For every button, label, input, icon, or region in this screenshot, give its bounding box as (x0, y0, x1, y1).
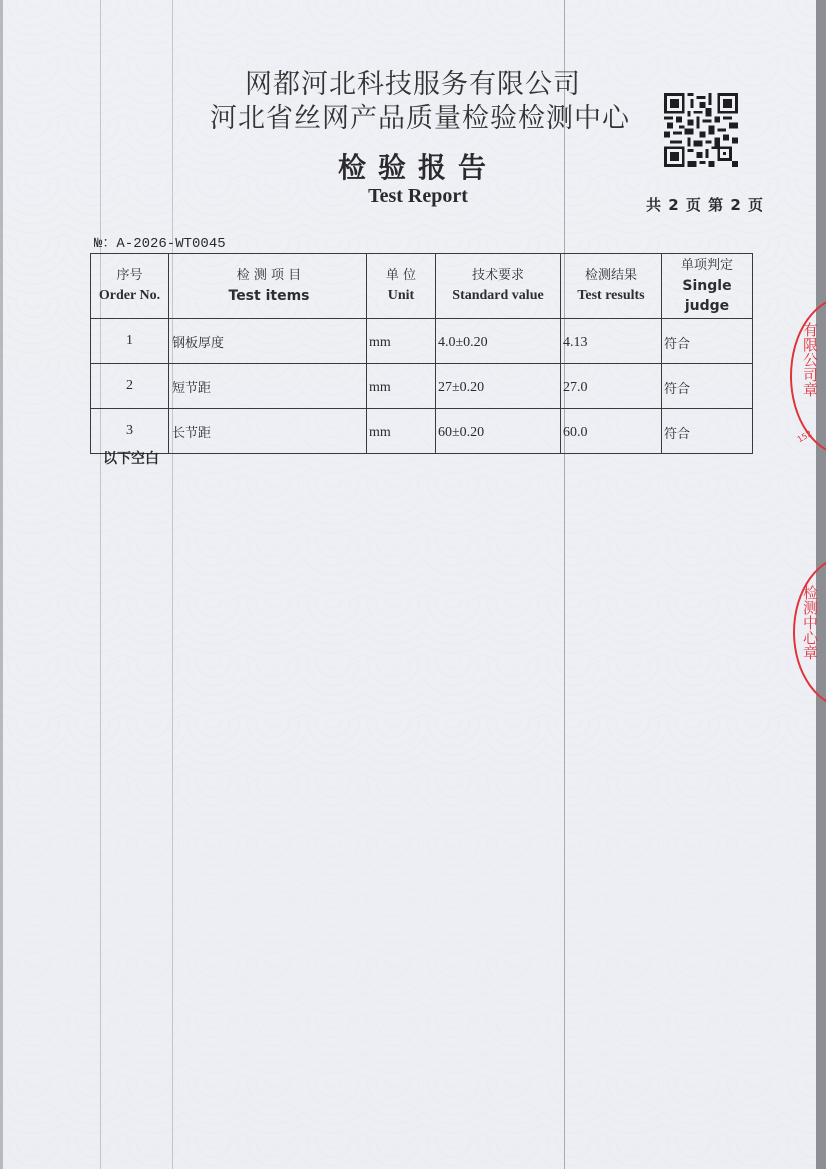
table-header-row: 序号Order No. 检 测 项 目Test items 单 位Unit 技术… (91, 254, 753, 319)
cell-test-result: 27.0 (561, 364, 662, 409)
seal-text: 检测中心章 (800, 585, 821, 660)
header-order-no: 序号Order No. (91, 254, 169, 319)
cell-test-result: 60.0 (561, 409, 662, 454)
cell-test-result: 4.13 (561, 319, 662, 364)
cell-judge: 符合 (662, 364, 753, 409)
cell-judge: 符合 (662, 319, 753, 364)
header-single-judge: 单项判定Single judge (662, 254, 753, 319)
table-row: 3 长节距 mm 60±0.20 60.0 符合 (91, 409, 753, 454)
header-standard-value: 技术要求Standard value (436, 254, 561, 319)
cell-test-item: 钢板厚度 (169, 319, 367, 364)
header-test-items: 检 测 项 目Test items (169, 254, 367, 319)
cell-unit: mm (367, 364, 436, 409)
cell-unit: mm (367, 409, 436, 454)
cell-standard-value: 60±0.20 (436, 409, 561, 454)
table-row: 1 钢板厚度 mm 4.0±0.20 4.13 符合 (91, 319, 753, 364)
table-row: 2 短节距 mm 27±0.20 27.0 符合 (91, 364, 753, 409)
cell-order-no: 2 (91, 364, 169, 409)
cell-test-item: 长节距 (169, 409, 367, 454)
blank-below-note: 以下空白 (103, 448, 159, 468)
cell-order-no: 1 (91, 319, 169, 364)
header-unit: 单 位Unit (367, 254, 436, 319)
cell-judge: 符合 (662, 409, 753, 454)
cell-standard-value: 4.0±0.20 (436, 319, 561, 364)
cell-test-item: 短节距 (169, 364, 367, 409)
report-number: №：A-2026-WT0045 (94, 232, 226, 252)
qr-code-icon (664, 93, 738, 167)
seal-text: 有限公司章 (800, 322, 821, 397)
cell-unit: mm (367, 319, 436, 364)
header-test-results: 检测结果Test results (561, 254, 662, 319)
cell-standard-value: 27±0.20 (436, 364, 561, 409)
test-results-table: 序号Order No. 检 测 项 目Test items 单 位Unit 技术… (90, 253, 753, 454)
page-count: 共 2 页 第 2 页 (646, 194, 764, 215)
cell-order-no: 3 (91, 409, 169, 454)
